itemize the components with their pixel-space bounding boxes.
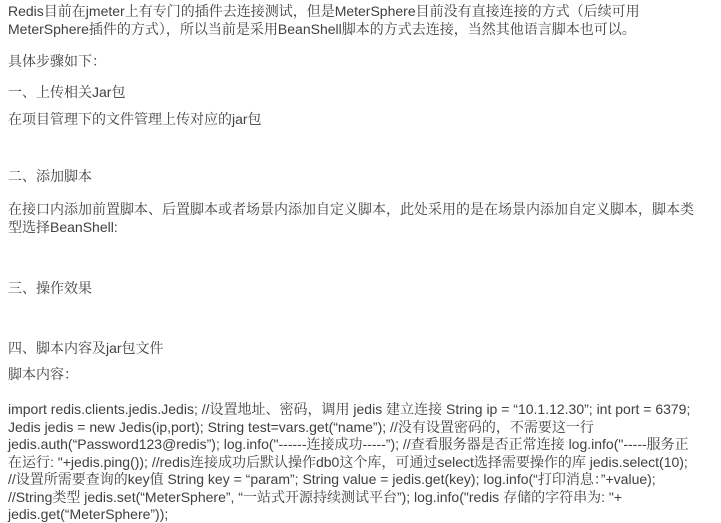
code-line-2: Jedis jedis = new Jedis(ip,port); String…	[8, 419, 713, 437]
code-line-6: //String类型 jedis.set(“MeterSphere”, “一站式…	[8, 489, 713, 507]
code-line-7: jedis.get(“MeterSphere”));	[8, 506, 713, 523]
section1-body: 在项目管理下的文件管理上传对应的jar包	[8, 111, 713, 129]
code-line-3: jedis.auth(“Password123@redis”); log.inf…	[8, 436, 713, 454]
intro-paragraph: Redis目前在jmeter上有专门的插件去连接测试，但是MeterSphere…	[8, 3, 713, 38]
document-page: Redis目前在jmeter上有专门的插件去连接测试，但是MeterSphere…	[0, 0, 721, 523]
script-content-label: 脚本内容：	[8, 366, 713, 384]
section2-body-line-2: 型选择BeanShell:	[8, 219, 713, 237]
intro-line-1: Redis目前在jmeter上有专门的插件去连接测试，但是MeterSphere…	[8, 3, 713, 21]
section1-heading: 一、上传相关Jar包	[8, 84, 713, 102]
script-code-paragraph: import redis.clients.jedis.Jedis; //设置地址…	[8, 401, 713, 523]
section4-heading: 四、脚本内容及jar包文件	[8, 340, 713, 358]
section3-heading: 三、操作效果	[8, 280, 713, 298]
code-line-5: //设置所需要查询的key值 String key = “param”; Str…	[8, 471, 713, 489]
section2-body-line-1: 在接口内添加前置脚本、后置脚本或者场景内添加自定义脚本，此处采用的是在场景内添加…	[8, 201, 713, 219]
section2-body: 在接口内添加前置脚本、后置脚本或者场景内添加自定义脚本，此处采用的是在场景内添加…	[8, 201, 713, 236]
code-line-4: 在运行: "+jedis.ping()); //redis连接成功后默认操作db…	[8, 454, 713, 472]
section2-heading: 二、添加脚本	[8, 168, 713, 186]
code-line-1: import redis.clients.jedis.Jedis; //设置地址…	[8, 401, 713, 419]
steps-intro: 具体步骤如下：	[8, 53, 713, 71]
intro-line-2: MeterSphere插件的方式），所以当前是采用BeanShell脚本的方式去…	[8, 21, 713, 39]
